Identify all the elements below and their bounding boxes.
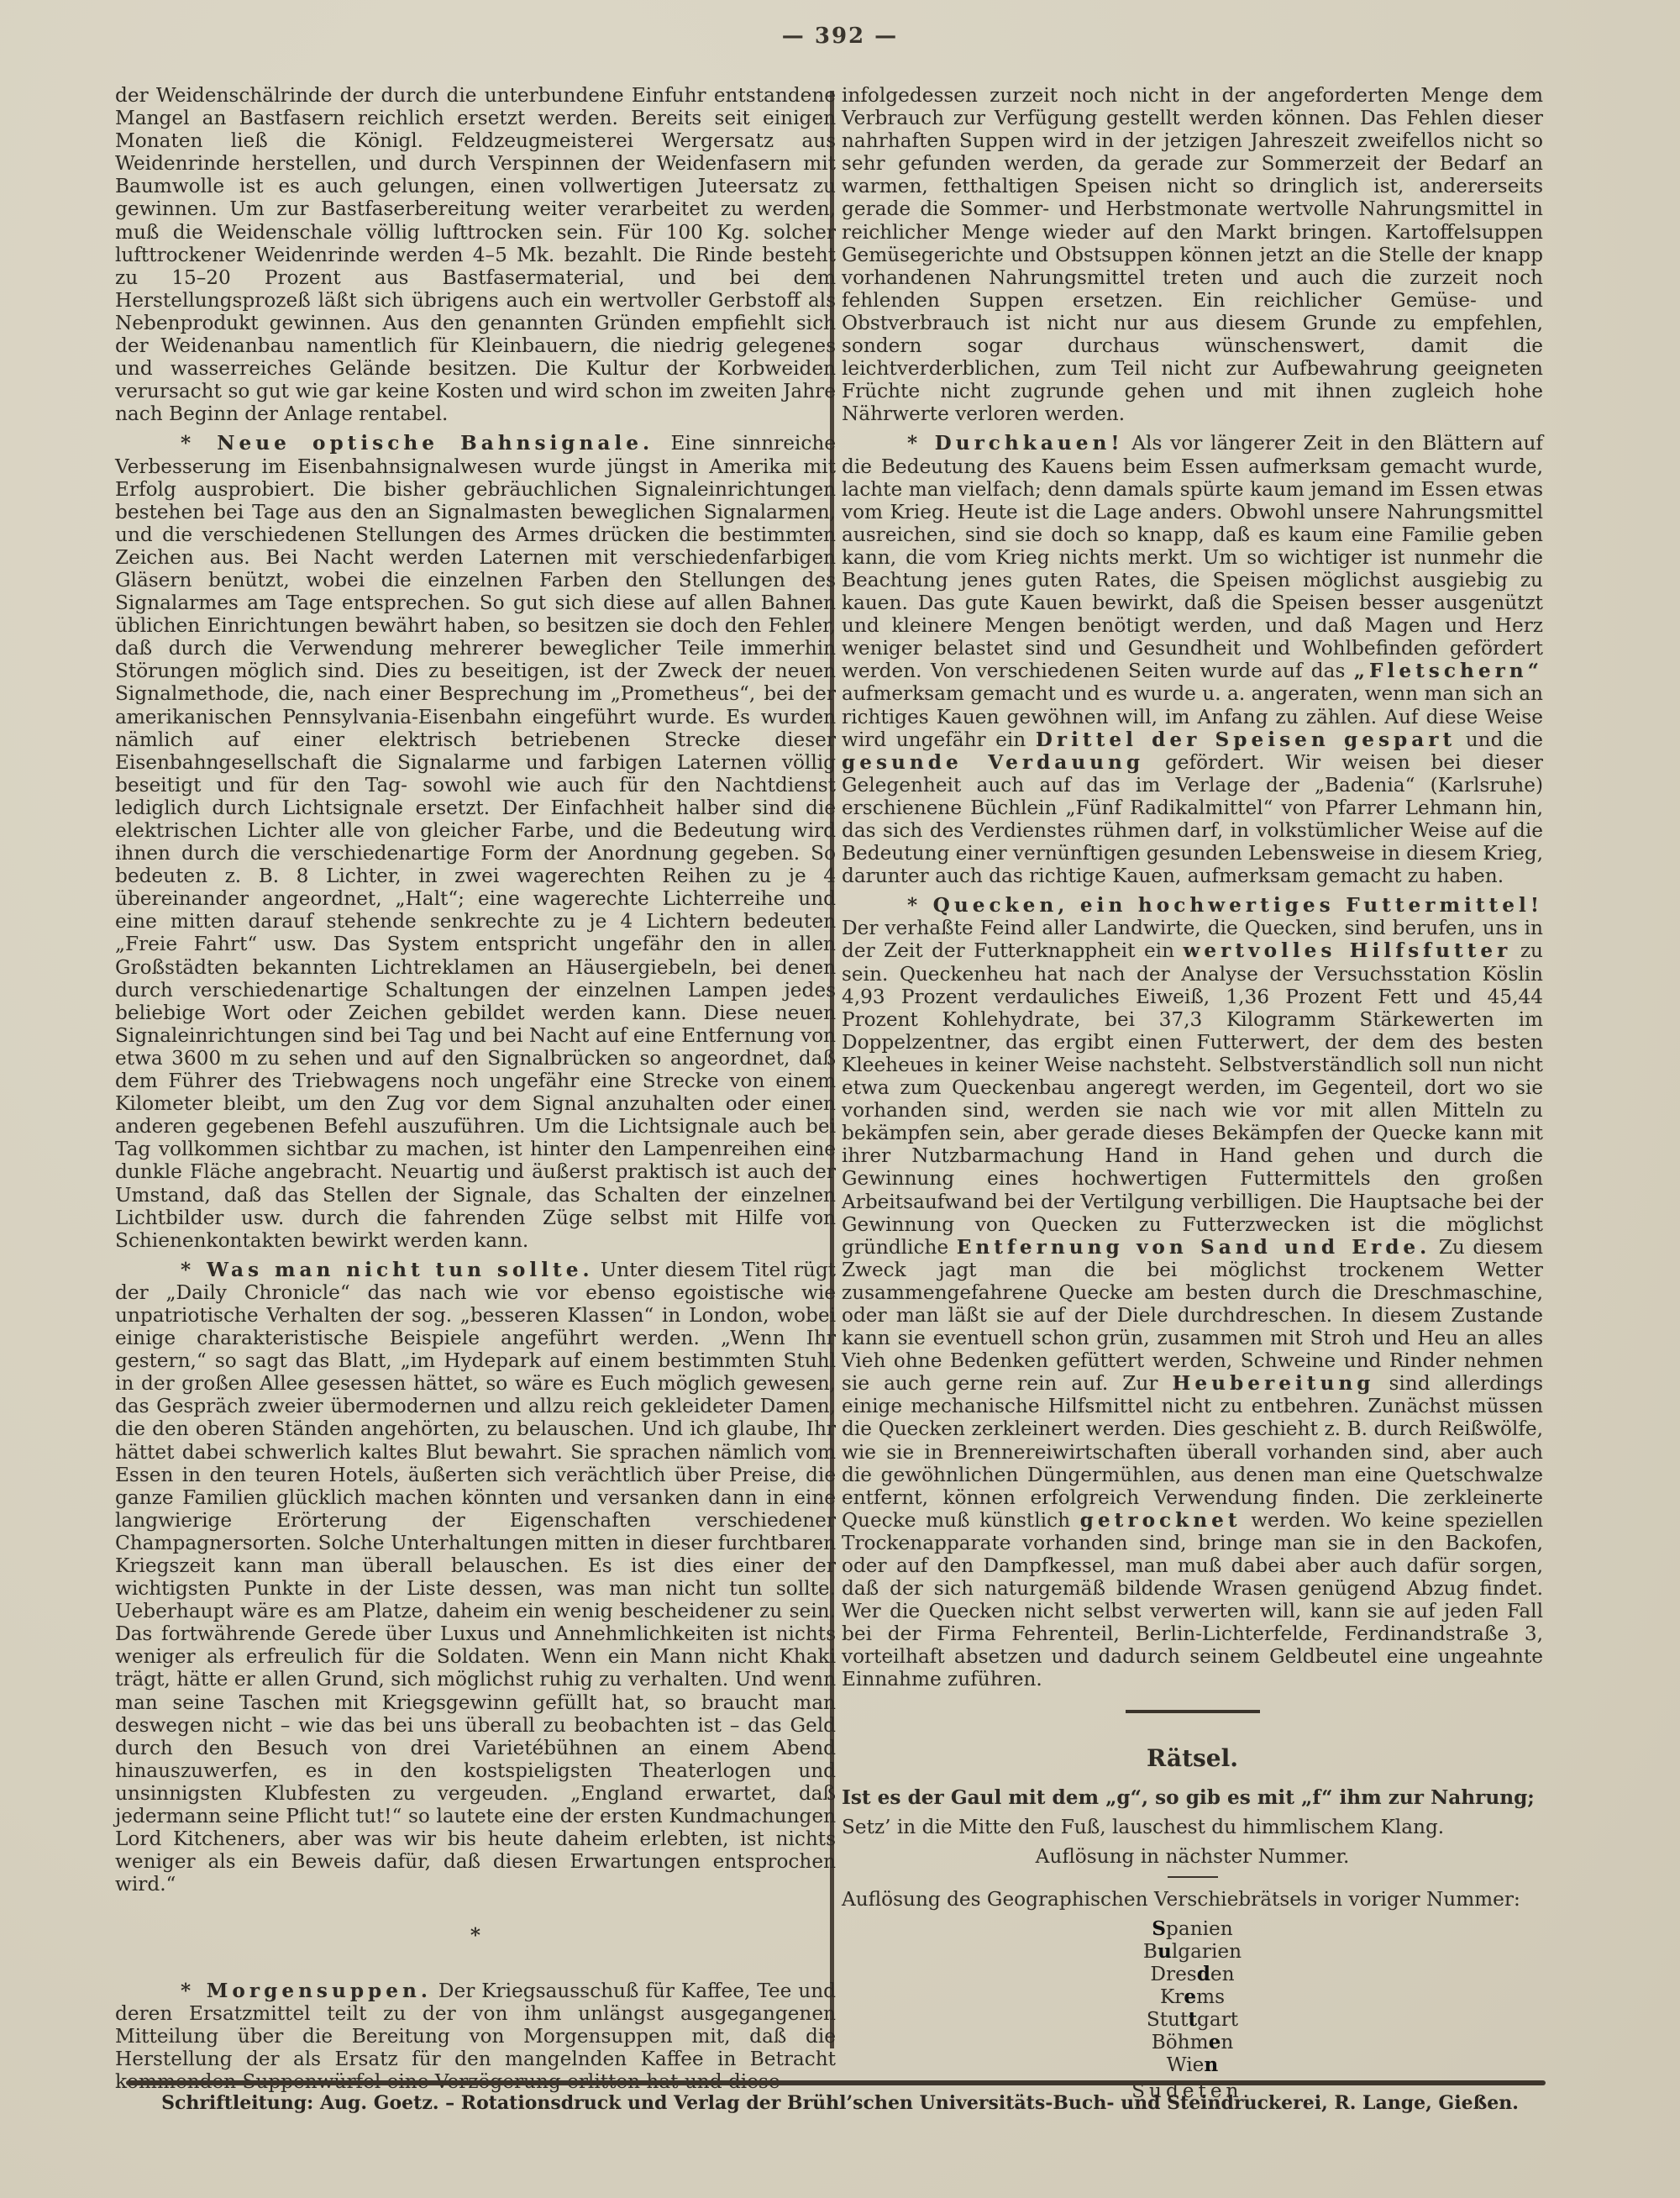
riddle-line-1: Ist es der Gaul mit dem „g“, so gib es m…: [842, 1786, 1543, 1809]
article-title: * Durchkauen!: [907, 432, 1124, 455]
continued-paragraph: der Weidenschälrinde der durch die unter…: [115, 84, 836, 425]
article-body: Unter diesem Titel rügt der „Daily Chron…: [115, 1259, 836, 1896]
raetsel-section: Rätsel. Ist es der Gaul mit dem „g“, so …: [842, 1747, 1543, 2102]
page-number: — 392 —: [0, 24, 1680, 49]
solution-item: Bulgarien: [842, 1940, 1543, 1963]
emphasized-term: getrocknet: [1080, 1509, 1242, 1532]
emphasized-term: „Fletschern“: [1354, 660, 1543, 682]
solution-item: Krems: [842, 1985, 1543, 2008]
raetsel-title: Rätsel.: [842, 1747, 1543, 1769]
article-body: zu sein. Queckenheu hat nach der Analyse…: [842, 939, 1543, 1258]
solution-item: Dresden: [842, 1963, 1543, 1985]
riddle-line-2: Setz’ in die Mitte den Fuß, lauschest du…: [842, 1816, 1543, 1838]
article-body: Als vor längerer Zeit in den Blättern au…: [842, 432, 1543, 682]
continued-paragraph: infolgedessen zurzeit noch nicht in der …: [842, 84, 1543, 425]
footer-rule: [126, 2080, 1546, 2085]
article-body: Zu diesem Zweck jagt man die bei möglich…: [842, 1236, 1543, 1396]
solution-item: Stuttgart: [842, 2008, 1543, 2031]
solution-item: Wien: [842, 2053, 1543, 2076]
article-title: * Morgensuppen.: [181, 1980, 432, 2002]
emphasized-term: Heubereitung: [1173, 1372, 1375, 1395]
article-body: und die: [1466, 728, 1543, 751]
emphasized-term: wertvolles Hilfsfutter: [1183, 939, 1511, 962]
section-rule: [1126, 1710, 1260, 1713]
article-morgensuppen: * Morgensuppen. Der Kriegsausschuß für K…: [115, 1980, 836, 2093]
mini-rule: [1168, 1876, 1218, 1878]
article-body: sind allerdings einige mechanische Hilfs…: [842, 1372, 1543, 1532]
riddle-note: Auflösung in nächster Nummer.: [842, 1845, 1543, 1868]
solution-list: Spanien Bulgarien Dresden Krems Stuttgar…: [842, 1917, 1543, 2102]
solution-item: Böhmen: [842, 2031, 1543, 2053]
article-title: * Was man nicht tun sollte.: [181, 1259, 594, 1281]
asterisk-separator: *: [115, 1924, 836, 1947]
article-quecken: * Quecken, ein hochwertiges Futtermittel…: [842, 894, 1543, 1691]
article-durchkauen: * Durchkauen! Als vor längerer Zeit in d…: [842, 432, 1543, 887]
solution-item: Spanien: [842, 1917, 1543, 1940]
emphasized-term: Entfernung von Sand und Erde.: [957, 1236, 1431, 1259]
article-title: * Neue optische Bahnsignale.: [181, 432, 654, 455]
article-body: werden. Wo keine speziellen Trockenappar…: [842, 1509, 1543, 1691]
emphasized-term: gesunde Verdauung: [842, 751, 1144, 774]
left-column: der Weidenschälrinde der durch die unter…: [115, 84, 836, 2100]
emphasized-term: Drittel der Speisen gespart: [1036, 728, 1456, 751]
footer-imprint: Schriftleitung: Aug. Goetz. – Rotationsd…: [0, 2092, 1680, 2114]
article-was-man-nicht-tun-sollte: * Was man nicht tun sollte. Unter diesem…: [115, 1259, 836, 1896]
solution-heading: Auflösung des Geographischen Verschiebrä…: [842, 1888, 1543, 1911]
right-column: infolgedessen zurzeit noch nicht in der …: [842, 84, 1543, 2102]
article-body: Eine sinnreiche Verbesserung im Eisenbah…: [115, 432, 836, 1251]
article-bahnsignale: * Neue optische Bahnsignale. Eine sinnre…: [115, 432, 836, 1251]
article-title: * Quecken, ein hochwertiges Futtermittel…: [907, 894, 1543, 917]
